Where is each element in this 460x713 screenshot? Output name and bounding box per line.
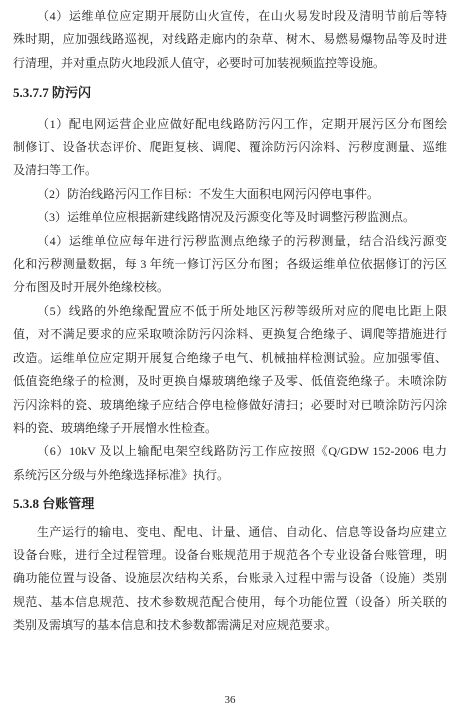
text-line: 及清扫等工作。	[13, 159, 447, 182]
text-line: （3）运维单位应根据新建线路情况及污源变化等及时调整污秽监测点。	[13, 206, 447, 229]
page-number: 36	[0, 694, 460, 707]
text-line: （1）配电网运营企业应做好配电线路防污闪工作，定期开展污区分布图绘	[13, 113, 447, 136]
text-line: 类别及需填写的基本信息和技术参数都需满足对应规范要求。	[13, 614, 447, 637]
para-mountain-fire-4: （4）运维单位应定期开展防山火宣传，在山火易发时段及清明节前后等特 殊时期，应加…	[13, 5, 447, 75]
para-ledger-intro: 生产运行的输电、变电、配电、计量、通信、自动化、信息等设备均应建立 设备台账，进…	[13, 521, 447, 638]
text-line: 分布图及时开展外绝缘校核。	[13, 276, 447, 299]
para-flashover-4: （4）运维单位应每年进行污秽监测点绝缘子的污秽测量，结合沿线污源变 化和污秽测量…	[13, 230, 447, 300]
text-line: （2）防治线路污闪工作目标：不发生大面积电网污闪停电事件。	[13, 183, 447, 206]
text-line: （4）运维单位应定期开展防山火宣传，在山火易发时段及清明节前后等特	[13, 5, 447, 28]
text-line: 污闪涂料的瓷、玻璃绝缘子应结合停电检修做好清扫；必要时对已喷涂防污闪涂	[13, 394, 447, 417]
text-line: 低值瓷绝缘子的检测，及时更换自爆玻璃绝缘子及零、低值瓷绝缘子。未喷涂防	[13, 370, 447, 393]
text-line: 生产运行的输电、变电、配电、计量、通信、自动化、信息等设备均应建立	[13, 521, 447, 544]
para-flashover-5: （5）线路的外绝缘配置应不低于所处地区污秽等级所对应的爬电比距上限 值，对不满足…	[13, 300, 447, 440]
heading-5-3-8-ledger-management: 5.3.8 台账管理	[13, 492, 447, 515]
text-line: 系统污区分级与外绝缘选择标准》执行。	[13, 464, 447, 487]
para-flashover-1: （1）配电网运营企业应做好配电线路防污闪工作，定期开展污区分布图绘 制修订、设备…	[13, 113, 447, 183]
text-line: 殊时期，应加强线路巡视，对线路走廊内的杂草、树木、易燃易爆物品等及时进	[13, 28, 447, 51]
text-line: 规范、基本信息规范、技术参数规范配合使用，每个功能位置（设备）所关联的	[13, 591, 447, 614]
text-line: 料的瓷、玻璃绝缘子开展憎水性检查。	[13, 417, 447, 440]
text-line: 值，对不满足要求的应采取喷涂防污闪涂料、更换复合绝缘子、调爬等措施进行	[13, 323, 447, 346]
text-line: 设备台账，进行全过程管理。设备台账规范用于规范各个专业设备台账管理，明	[13, 544, 447, 567]
text-line: （5）线路的外绝缘配置应不低于所处地区污秽等级所对应的爬电比距上限	[13, 300, 447, 323]
para-flashover-6: （6）10kV 及以上输配电架空线路防污工作应按照《Q/GDW 152-2006…	[13, 440, 447, 487]
text-line: 制修订、设备状态评价、爬距复核、调爬、覆涂防污闪涂料、污秽度测量、巡维	[13, 136, 447, 159]
text-line: 改造。运维单位应定期开展复合绝缘子电气、机械抽样检测试验。应加强零值、	[13, 347, 447, 370]
document-page: （4）运维单位应定期开展防山火宣传，在山火易发时段及清明节前后等特 殊时期，应加…	[0, 0, 460, 713]
text-line: 确功能位置与设备、设施层次结构关系，台账录入过程中需与设备（设施）类别	[13, 567, 447, 590]
text-line: （4）运维单位应每年进行污秽监测点绝缘子的污秽测量，结合沿线污源变	[13, 230, 447, 253]
para-flashover-3: （3）运维单位应根据新建线路情况及污源变化等及时调整污秽监测点。	[13, 206, 447, 229]
text-line: 行清理，并对重点防火地段派人值守，必要时可加装视频监控等设施。	[13, 52, 447, 75]
para-flashover-2: （2）防治线路污闪工作目标：不发生大面积电网污闪停电事件。	[13, 183, 447, 206]
text-line: 化和污秽测量数据，每 3 年统一修订污区分布图；各级运维单位依据修订的污区	[13, 253, 447, 276]
text-line: （6）10kV 及以上输配电架空线路防污工作应按照《Q/GDW 152-2006…	[13, 440, 447, 463]
heading-5-3-7-7-anti-pollution-flashover: 5.3.7.7 防污闪	[13, 81, 447, 104]
